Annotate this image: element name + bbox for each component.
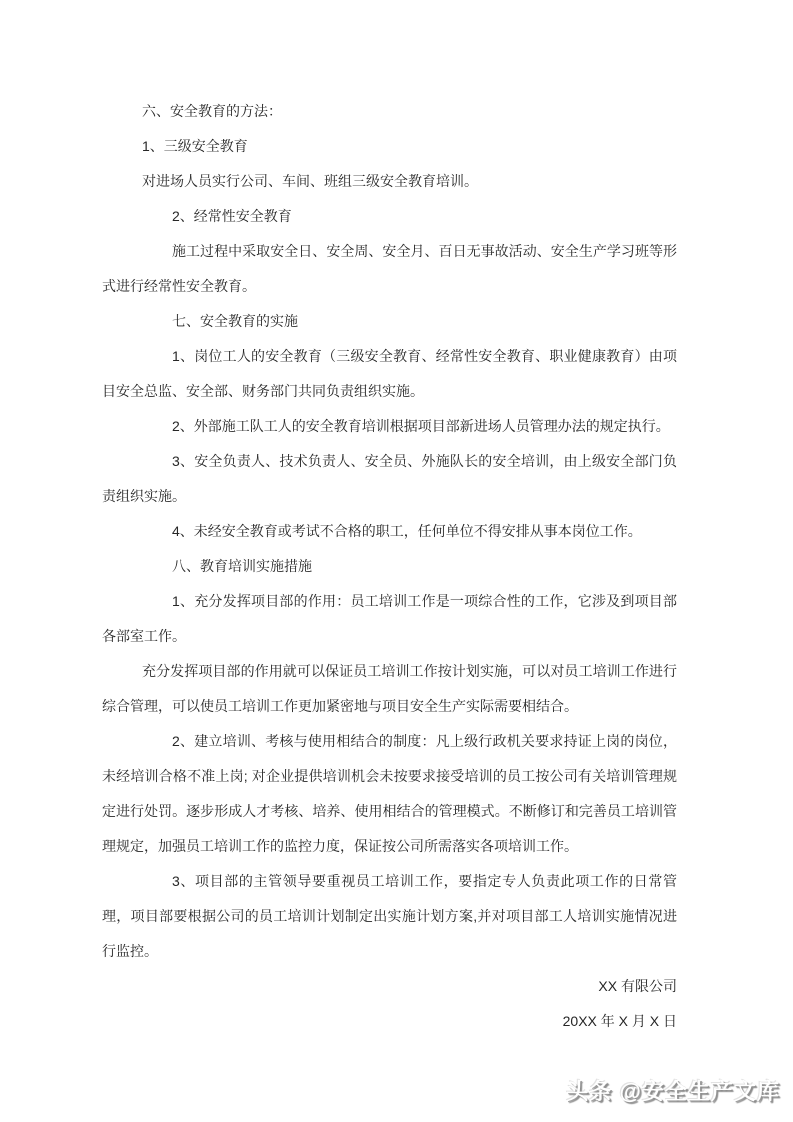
paragraph-impl-item-2: 2、外部施工队工人的安全教育培训根据项目部新进场人员管理办法的规定执行。 <box>102 409 677 444</box>
watermark-safety-library: 头条 @安全生产文库 <box>566 1075 780 1106</box>
document-page: 六、安全教育的方法： 1、三级安全教育 对进场人员实行公司、车间、班组三级安全教… <box>0 0 793 1122</box>
paragraph-impl-item-3: 3、安全负责人、技术负责人、安全员、外施队长的安全培训，由上级安全部门负责组织实… <box>102 444 677 514</box>
paragraph-heading-seven: 七、安全教育的实施 <box>102 304 677 339</box>
paragraph-item-1: 1、三级安全教育 <box>102 129 677 164</box>
signature-company: XX 有限公司 <box>102 969 677 1004</box>
paragraph-measure-item-1-note: 充分发挥项目部的作用就可以保证员工培训工作按计划实施，可以对员工培训工作进行综合… <box>102 654 677 724</box>
paragraph-item-2: 2、经常性安全教育 <box>102 199 677 234</box>
paragraph-heading-six: 六、安全教育的方法： <box>102 94 677 129</box>
paragraph-impl-item-4: 4、未经安全教育或考试不合格的职工，任何单位不得安排从事本岗位工作。 <box>102 514 677 549</box>
paragraph-heading-eight: 八、教育培训实施措施 <box>102 549 677 584</box>
document-body: 六、安全教育的方法： 1、三级安全教育 对进场人员实行公司、车间、班组三级安全教… <box>0 0 793 1039</box>
paragraph-body-three-level: 对进场人员实行公司、车间、班组三级安全教育培训。 <box>102 164 677 199</box>
paragraph-impl-item-1: 1、岗位工人的安全教育（三级安全教育、经常性安全教育、职业健康教育）由项目安全总… <box>102 339 677 409</box>
signature-date: 20XX 年 X 月 X 日 <box>102 1004 677 1039</box>
paragraph-measure-item-2: 2、建立培训、考核与使用相结合的制度：凡上级行政机关要求持证上岗的岗位，未经培训… <box>102 724 677 864</box>
paragraph-measure-item-3: 3、项目部的主管领导要重视员工培训工作，要指定专人负责此项工作的日常管理，项目部… <box>102 864 677 969</box>
paragraph-measure-item-1: 1、充分发挥项目部的作用：员工培训工作是一项综合性的工作，它涉及到项目部各部室工… <box>102 584 677 654</box>
paragraph-body-regular-education: 施工过程中采取安全日、安全周、安全月、百日无事故活动、安全生产学习班等形式进行经… <box>102 234 677 304</box>
